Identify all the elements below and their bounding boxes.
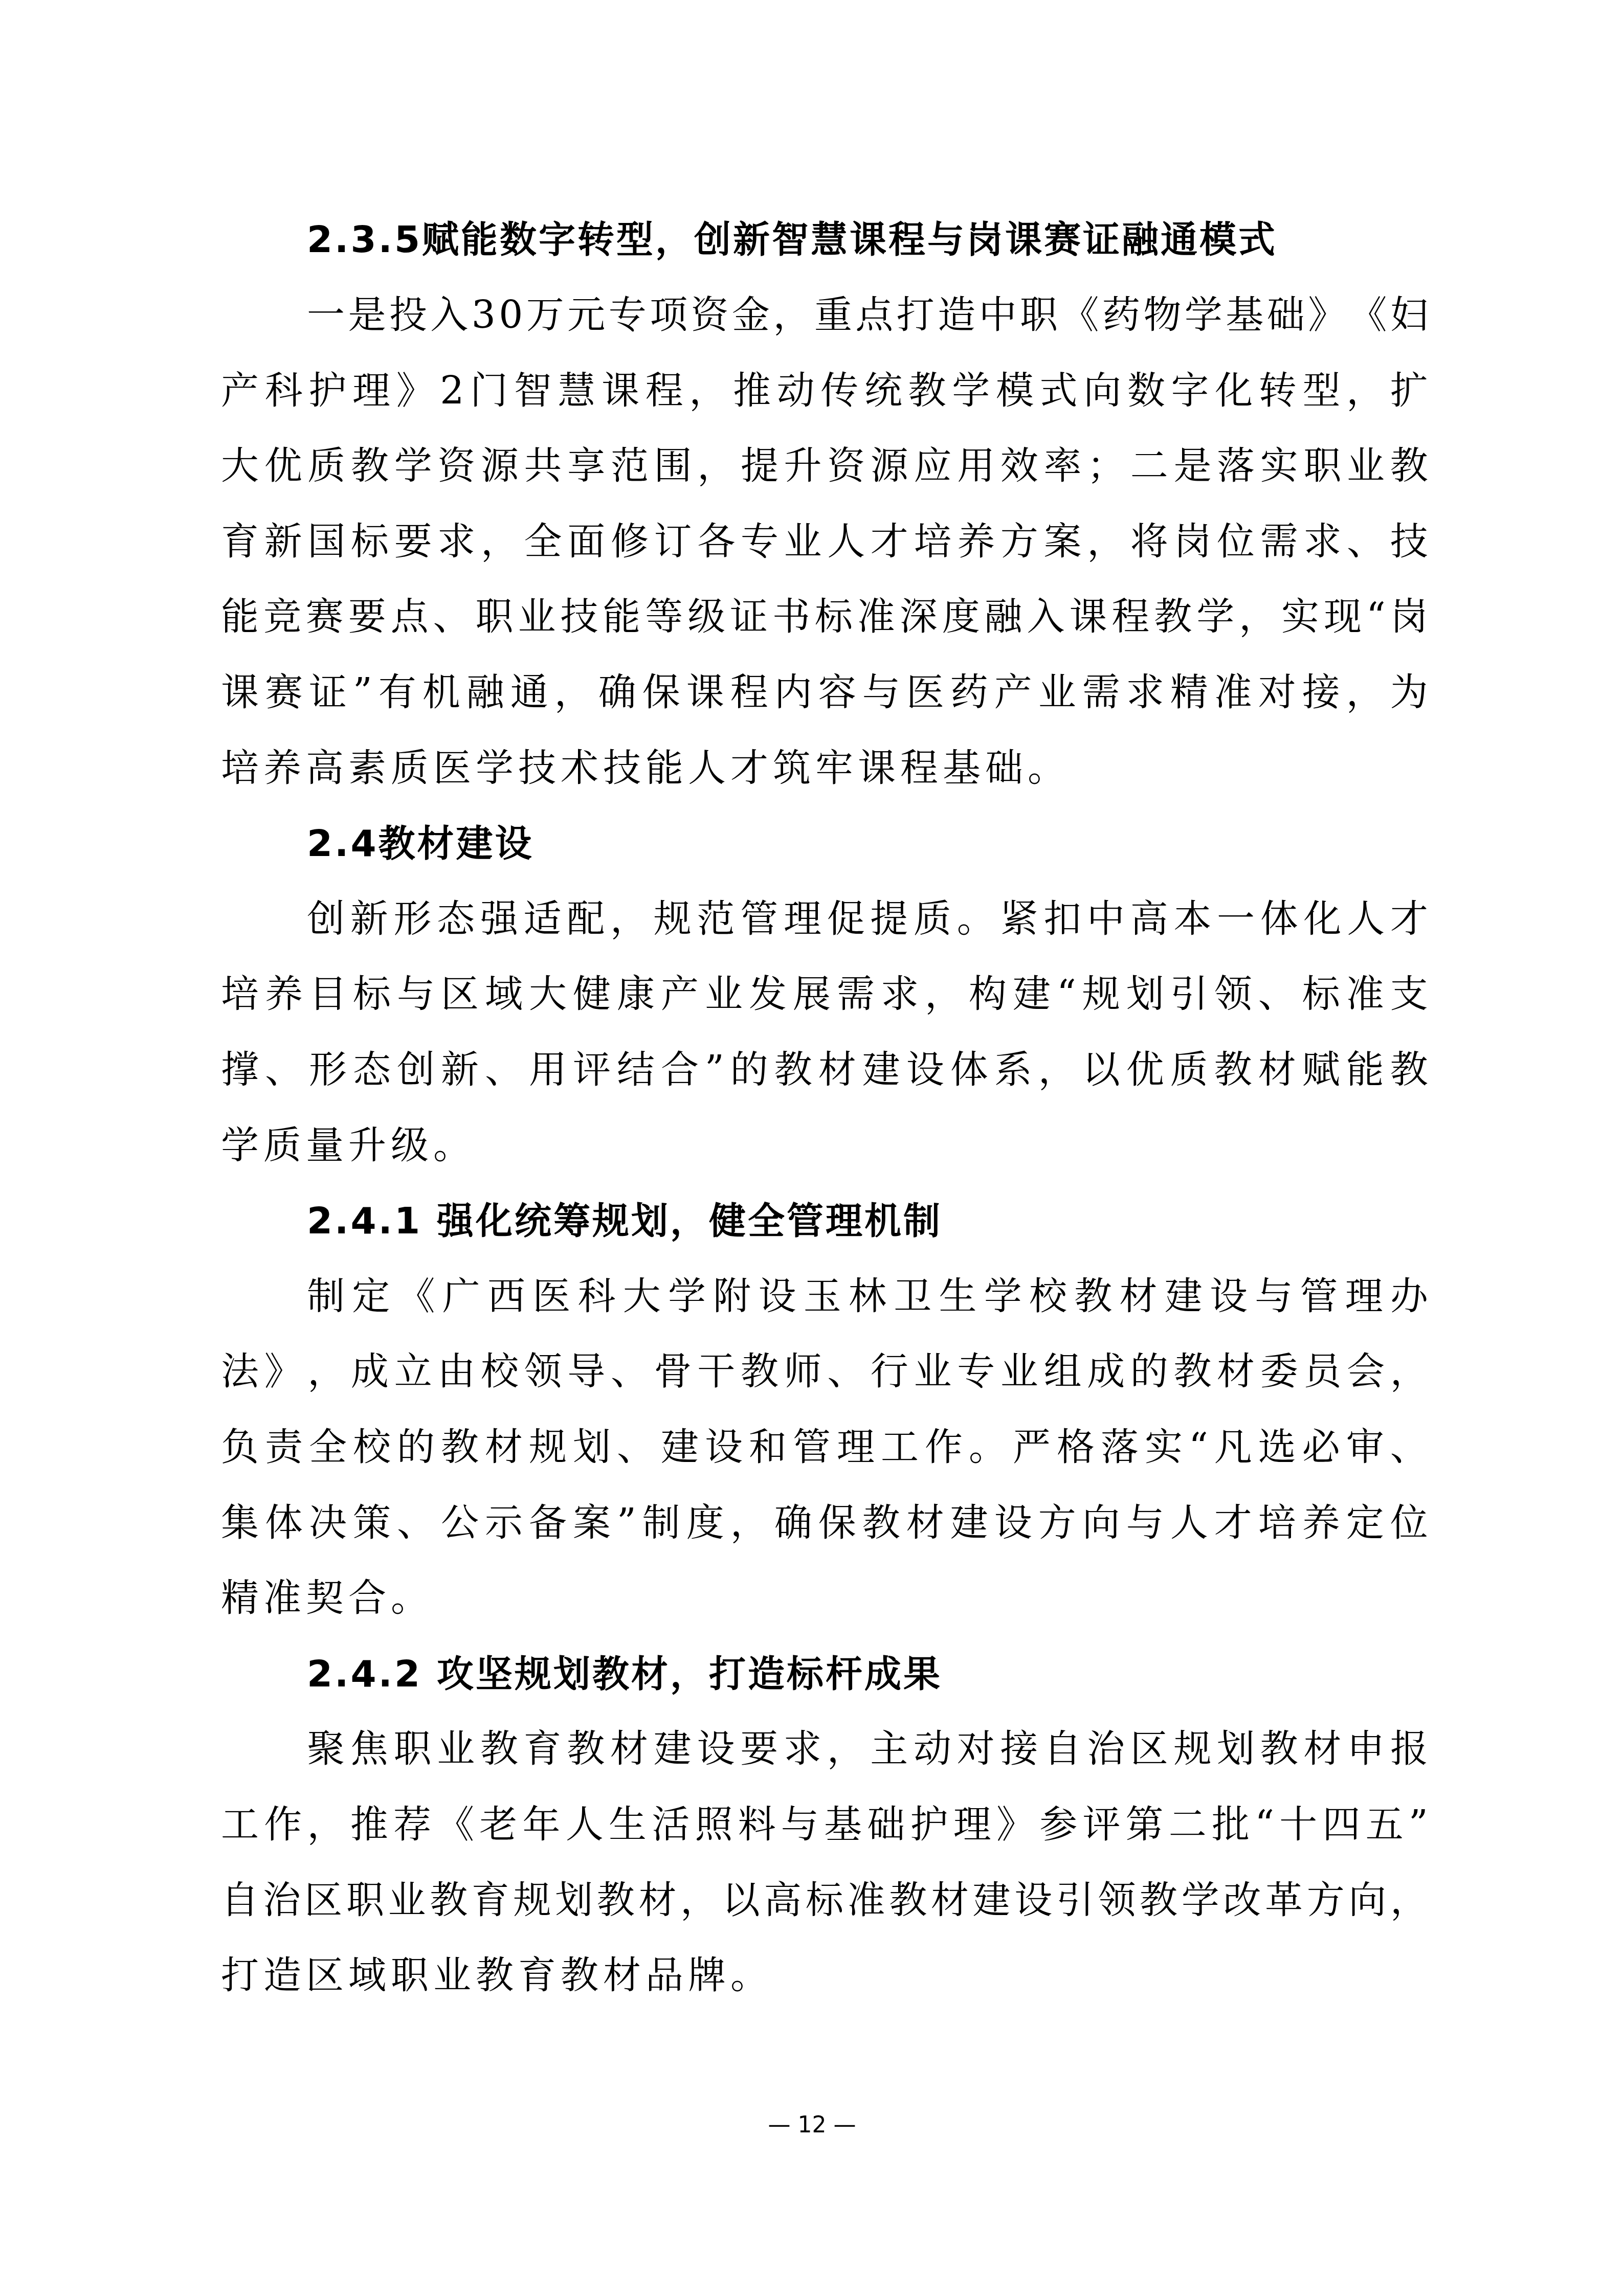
section-heading-2-4-1: 2.4.1 强化统筹规划，健全管理机制 [307, 1183, 1428, 1258]
paragraph-line: 负责全校的教材规划、建设和管理工作。严格落实“凡选必审、 [221, 1409, 1428, 1485]
paragraph-line: 制定《广西医科大学附设玉林卫生学校教材建设与管理办 [307, 1258, 1428, 1334]
document-page: 2.3.5赋能数字转型，创新智慧课程与岗课赛证融通模式 一是投入30万元专项资金… [0, 0, 1624, 2296]
paragraph-line: 一是投入30万元专项资金，重点打造中职《药物学基础》《妇 [307, 277, 1428, 353]
paragraph-line: 集体决策、公示备案”制度，确保教材建设方向与人才培养定位 [221, 1485, 1428, 1561]
page-number: — 12 — [0, 2112, 1624, 2138]
paragraph-line: 产科护理》2门智慧课程，推动传统教学模式向数字化转型，扩 [221, 353, 1428, 429]
paragraph-line: 育新国标要求，全面修订各专业人才培养方案，将岗位需求、技 [221, 504, 1428, 579]
paragraph-line: 大优质教学资源共享范围，提升资源应用效率；二是落实职业教 [221, 428, 1428, 504]
paragraph-line: 培养目标与区域大健康产业发展需求，构建“规划引领、标准支 [221, 956, 1428, 1032]
paragraph-line: 聚焦职业教育教材建设要求，主动对接自治区规划教材申报 [307, 1711, 1428, 1787]
section-heading-2-3-5: 2.3.5赋能数字转型，创新智慧课程与岗课赛证融通模式 [307, 201, 1428, 277]
paragraph-line: 学质量升级。 [221, 1108, 1428, 1183]
paragraph-line: 撑、形态创新、用评结合”的教材建设体系，以优质教材赋能教 [221, 1032, 1428, 1108]
paragraph-line: 打造区域职业教育教材品牌。 [221, 1938, 1428, 2013]
paragraph-line: 法》，成立由校领导、骨干教师、行业专业组成的教材委员会， [221, 1334, 1428, 1409]
paragraph-line: 能竞赛要点、职业技能等级证书标准深度融入课程教学，实现“岗 [221, 579, 1428, 655]
section-heading-2-4-2: 2.4.2 攻坚规划教材，打造标杆成果 [307, 1636, 1428, 1712]
paragraph-line: 课赛证”有机融通，确保课程内容与医药产业需求精准对接，为 [221, 655, 1428, 730]
paragraph-line: 培养高素质医学技术技能人才筑牢课程基础。 [221, 730, 1428, 806]
section-heading-2-4: 2.4教材建设 [307, 805, 1428, 881]
paragraph-line: 工作，推荐《老年人生活照料与基础护理》参评第二批“十四五” [221, 1787, 1428, 1862]
paragraph-line: 创新形态强适配，规范管理促提质。紧扣中高本一体化人才 [307, 881, 1428, 957]
paragraph-line: 精准契合。 [221, 1560, 1428, 1636]
paragraph-line: 自治区职业教育规划教材，以高标准教材建设引领教学改革方向， [221, 1862, 1428, 1938]
